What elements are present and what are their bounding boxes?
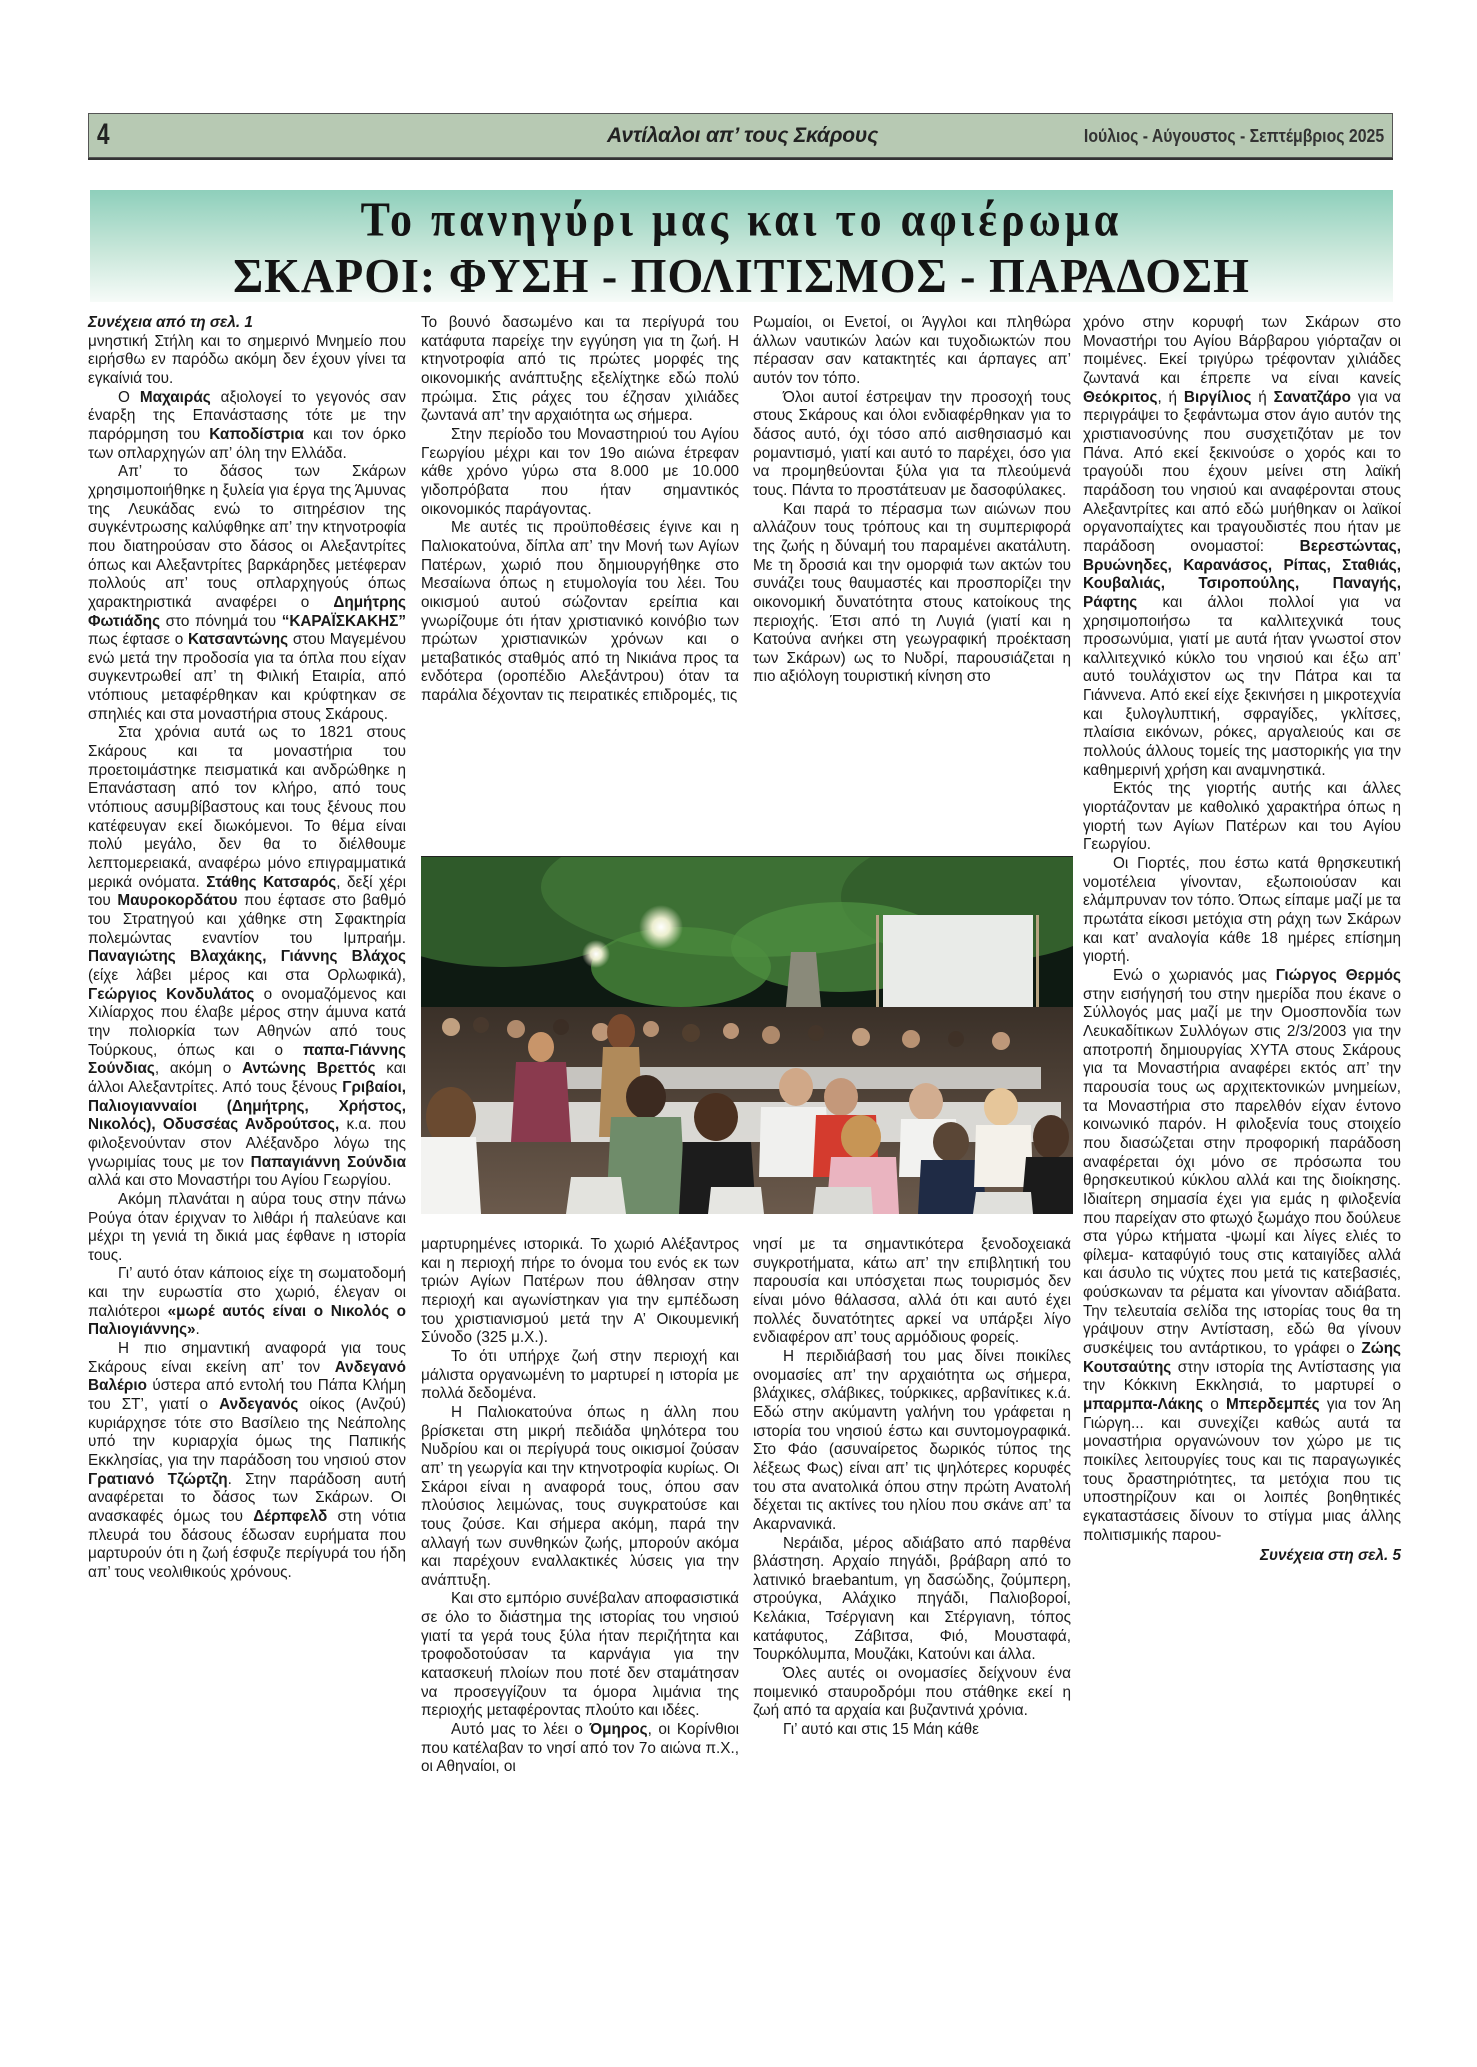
article-paragraph: χρόνο στην κορυφή των Σκάρων στο Μοναστή…: [1083, 314, 1401, 780]
continued-to-label: Συνέχεια στη σελ. 5: [1083, 1547, 1401, 1566]
column-1-body: μνηστική Στήλη και το σημερινό Μνημείο π…: [88, 333, 406, 1583]
article-paragraph: Και στο εμπόριο συνέβαλαν αποφασιστικά σ…: [421, 1590, 739, 1721]
bold-name: Αντώνης Βρεττός: [242, 1060, 376, 1077]
newspaper-title: Αντίλαλοι απ’ τους Σκάρους: [607, 124, 878, 148]
bold-name: Σανατζάρο: [1274, 389, 1351, 406]
bold-name: Καποδίστρια: [209, 426, 304, 443]
headline-banner: Το πανηγύρι μας και το αφιέρωμα ΣΚΑΡΟΙ: …: [90, 190, 1393, 302]
article-paragraph: Αυτό μας το λέει ο Όμηρος, οι Κορίνθιοι …: [421, 1721, 739, 1777]
bold-name: Βιργίλιος: [1184, 389, 1252, 406]
article-column-2-top: Το βουνό δασωμένο και τα περίγυρά του κα…: [421, 314, 739, 706]
article-paragraph: Το ότι υπήρχε ζωή στην περιοχή και μάλισ…: [421, 1348, 739, 1404]
article-paragraph: Ρωμαίοι, οι Ενετοί, οι Άγγλοι και πληθώρ…: [753, 314, 1071, 389]
bold-name: Ζώης Κουτσαύτης: [1083, 1340, 1401, 1376]
bold-name: Παπαγιάννη Σούνδια: [251, 1154, 406, 1171]
article-paragraph: Η Παλιοκατούνα όπως η άλλη που βρίσκεται…: [421, 1404, 739, 1591]
article-paragraph: Ο Μαχαιράς αξιολογεί το γεγονός σαν έναρ…: [88, 389, 406, 464]
bold-name: Δέρπφελδ: [253, 1508, 327, 1525]
bold-name: Ανδεγανός: [219, 1396, 298, 1413]
article-paragraph: Οι Γιορτές, που έστω κατά θρησκευτική νο…: [1083, 855, 1401, 967]
bold-name: Γιώργος Θερμός: [1276, 967, 1401, 984]
article-column-4: χρόνο στην κορυφή των Σκάρων στο Μοναστή…: [1083, 314, 1401, 1566]
headline-line-1: Το πανηγύρι μας και το αφιέρωμα: [90, 187, 1393, 248]
article-paragraph: Όλοι αυτοί έστρεψαν την προσοχή τους στο…: [753, 389, 1071, 501]
article-paragraph: Η πιο σημαντική αναφορά για τους Σκάρους…: [88, 1340, 406, 1583]
article-paragraph: Ακόμη πλανάται η αύρα τους στην πάνω Ρού…: [88, 1191, 406, 1266]
column-2-bottom-body: μαρτυρημένες ιστορικά. Το χωριό Αλέξαντρ…: [421, 1236, 739, 1777]
article-paragraph: Ενώ ο χωριανός μας Γιώργος Θερμός στην ε…: [1083, 967, 1401, 1545]
festival-crowd-image: [421, 857, 1073, 1214]
bold-name: Μπερδεμπές: [1226, 1396, 1320, 1413]
bold-name: Γεώργιος Κονδυλάτος: [88, 986, 254, 1003]
article-paragraph: μαρτυρημένες ιστορικά. Το χωριό Αλέξαντρ…: [421, 1236, 739, 1348]
bold-name: Όμηρος: [590, 1721, 648, 1738]
bold-name: Γρατιανό Τζώρτζη: [88, 1471, 228, 1488]
bold-name: «μωρέ αυτός είναι ο Νικολός ο Παλιογιάνν…: [88, 1303, 406, 1339]
bold-name: “ΚΑΡΑΪΣΚΑΚΗΣ”: [282, 613, 406, 630]
bold-name: Παναγιώτης Βλαχάκης, Γιάννης Βλάχος: [88, 948, 406, 965]
bold-name: Κατσαντώνης: [188, 631, 288, 648]
headline-line-2: ΣΚΑΡΟΙ: ΦΥΣΗ - ΠΟΛΙΤΙΣΜΟΣ - ΠΑΡΑΔΟΣΗ: [90, 248, 1393, 304]
article-column-3-bottom: νησί με τα σημαντικότερα ξενοδοχειακά συ…: [753, 1236, 1071, 1740]
bold-name: Βερεστώντας, Βρυώνηδες, Καρανάσος, Ρίπας…: [1083, 538, 1401, 611]
issue-date: Ιούλιος - Αύγουστος - Σεπτέμβριος 2025: [1084, 126, 1384, 147]
article-paragraph: Απ’ το δάσος των Σκάρων χρησιμοποιήθηκε …: [88, 463, 406, 724]
article-paragraph: Το βουνό δασωμένο και τα περίγυρά του κα…: [421, 314, 739, 426]
bold-name: Γριβαίοι, Παλιογιανναίοι (Δημήτρης, Χρήσ…: [88, 1079, 406, 1133]
article-paragraph: Γι’ αυτό και στις 15 Μάη κάθε: [753, 1721, 1071, 1740]
article-paragraph: Και παρά το πέρασμα των αιώνων που αλλάζ…: [753, 501, 1071, 688]
bold-name: Θεόκριτος: [1083, 389, 1157, 406]
page-header-bar: 4 Αντίλαλοι απ’ τους Σκάρους Ιούλιος - Α…: [88, 113, 1393, 158]
article-paragraph: Στην περίοδο του Μοναστηριού του Αγίου Γ…: [421, 426, 739, 519]
article-column-1: Συνέχεια από τη σελ. 1 μνηστική Στήλη κα…: [88, 314, 406, 1583]
column-3-bottom-body: νησί με τα σημαντικότερα ξενοδοχειακά συ…: [753, 1236, 1071, 1740]
article-paragraph: Στα χρόνια αυτά ως το 1821 στους Σκάρους…: [88, 724, 406, 1190]
bold-name: Μαυροκορδάτου: [117, 892, 237, 909]
article-paragraph: Η περιδιάβασή του μας δίνει ποικίλες ονο…: [753, 1348, 1071, 1535]
column-3-top-body: Ρωμαίοι, οι Ενετοί, οι Άγγλοι και πληθώρ…: [753, 314, 1071, 687]
column-4-body: χρόνο στην κορυφή των Σκάρων στο Μοναστή…: [1083, 314, 1401, 1545]
bold-name: Στάθης Κατσαρός: [206, 874, 336, 891]
article-paragraph: Νεράιδα, μέρος αδιάβατο από παρθένα βλάσ…: [753, 1535, 1071, 1666]
column-2-top-body: Το βουνό δασωμένο και τα περίγυρά του κα…: [421, 314, 739, 706]
article-paragraph: μνηστική Στήλη και το σημερινό Μνημείο π…: [88, 333, 406, 389]
continued-from-label: Συνέχεια από τη σελ. 1: [88, 314, 406, 333]
article-paragraph: Εκτός της γιορτής αυτής και άλλες γιορτά…: [1083, 780, 1401, 855]
bold-name: μπαρμπα-Λάκης: [1083, 1396, 1203, 1413]
bold-name: Ανδεγανό Βαλέριο: [88, 1359, 406, 1395]
article-paragraph: Γι’ αυτό όταν κάποιος είχε τη σωματοδομή…: [88, 1265, 406, 1340]
article-paragraph: Με αυτές τις προϋποθέσεις έγινε και η Πα…: [421, 519, 739, 706]
article-column-2-bottom: μαρτυρημένες ιστορικά. Το χωριό Αλέξαντρ…: [421, 1236, 739, 1777]
page-number: 4: [97, 118, 110, 152]
article-column-3-top: Ρωμαίοι, οι Ενετοί, οι Άγγλοι και πληθώρ…: [753, 314, 1071, 687]
article-paragraph: Όλες αυτές οι ονομασίες δείχνουν ένα ποι…: [753, 1665, 1071, 1721]
article-paragraph: νησί με τα σημαντικότερα ξενοδοχειακά συ…: [753, 1236, 1071, 1348]
festival-photo: [421, 856, 1073, 1214]
bold-name: Μαχαιράς: [140, 389, 211, 406]
